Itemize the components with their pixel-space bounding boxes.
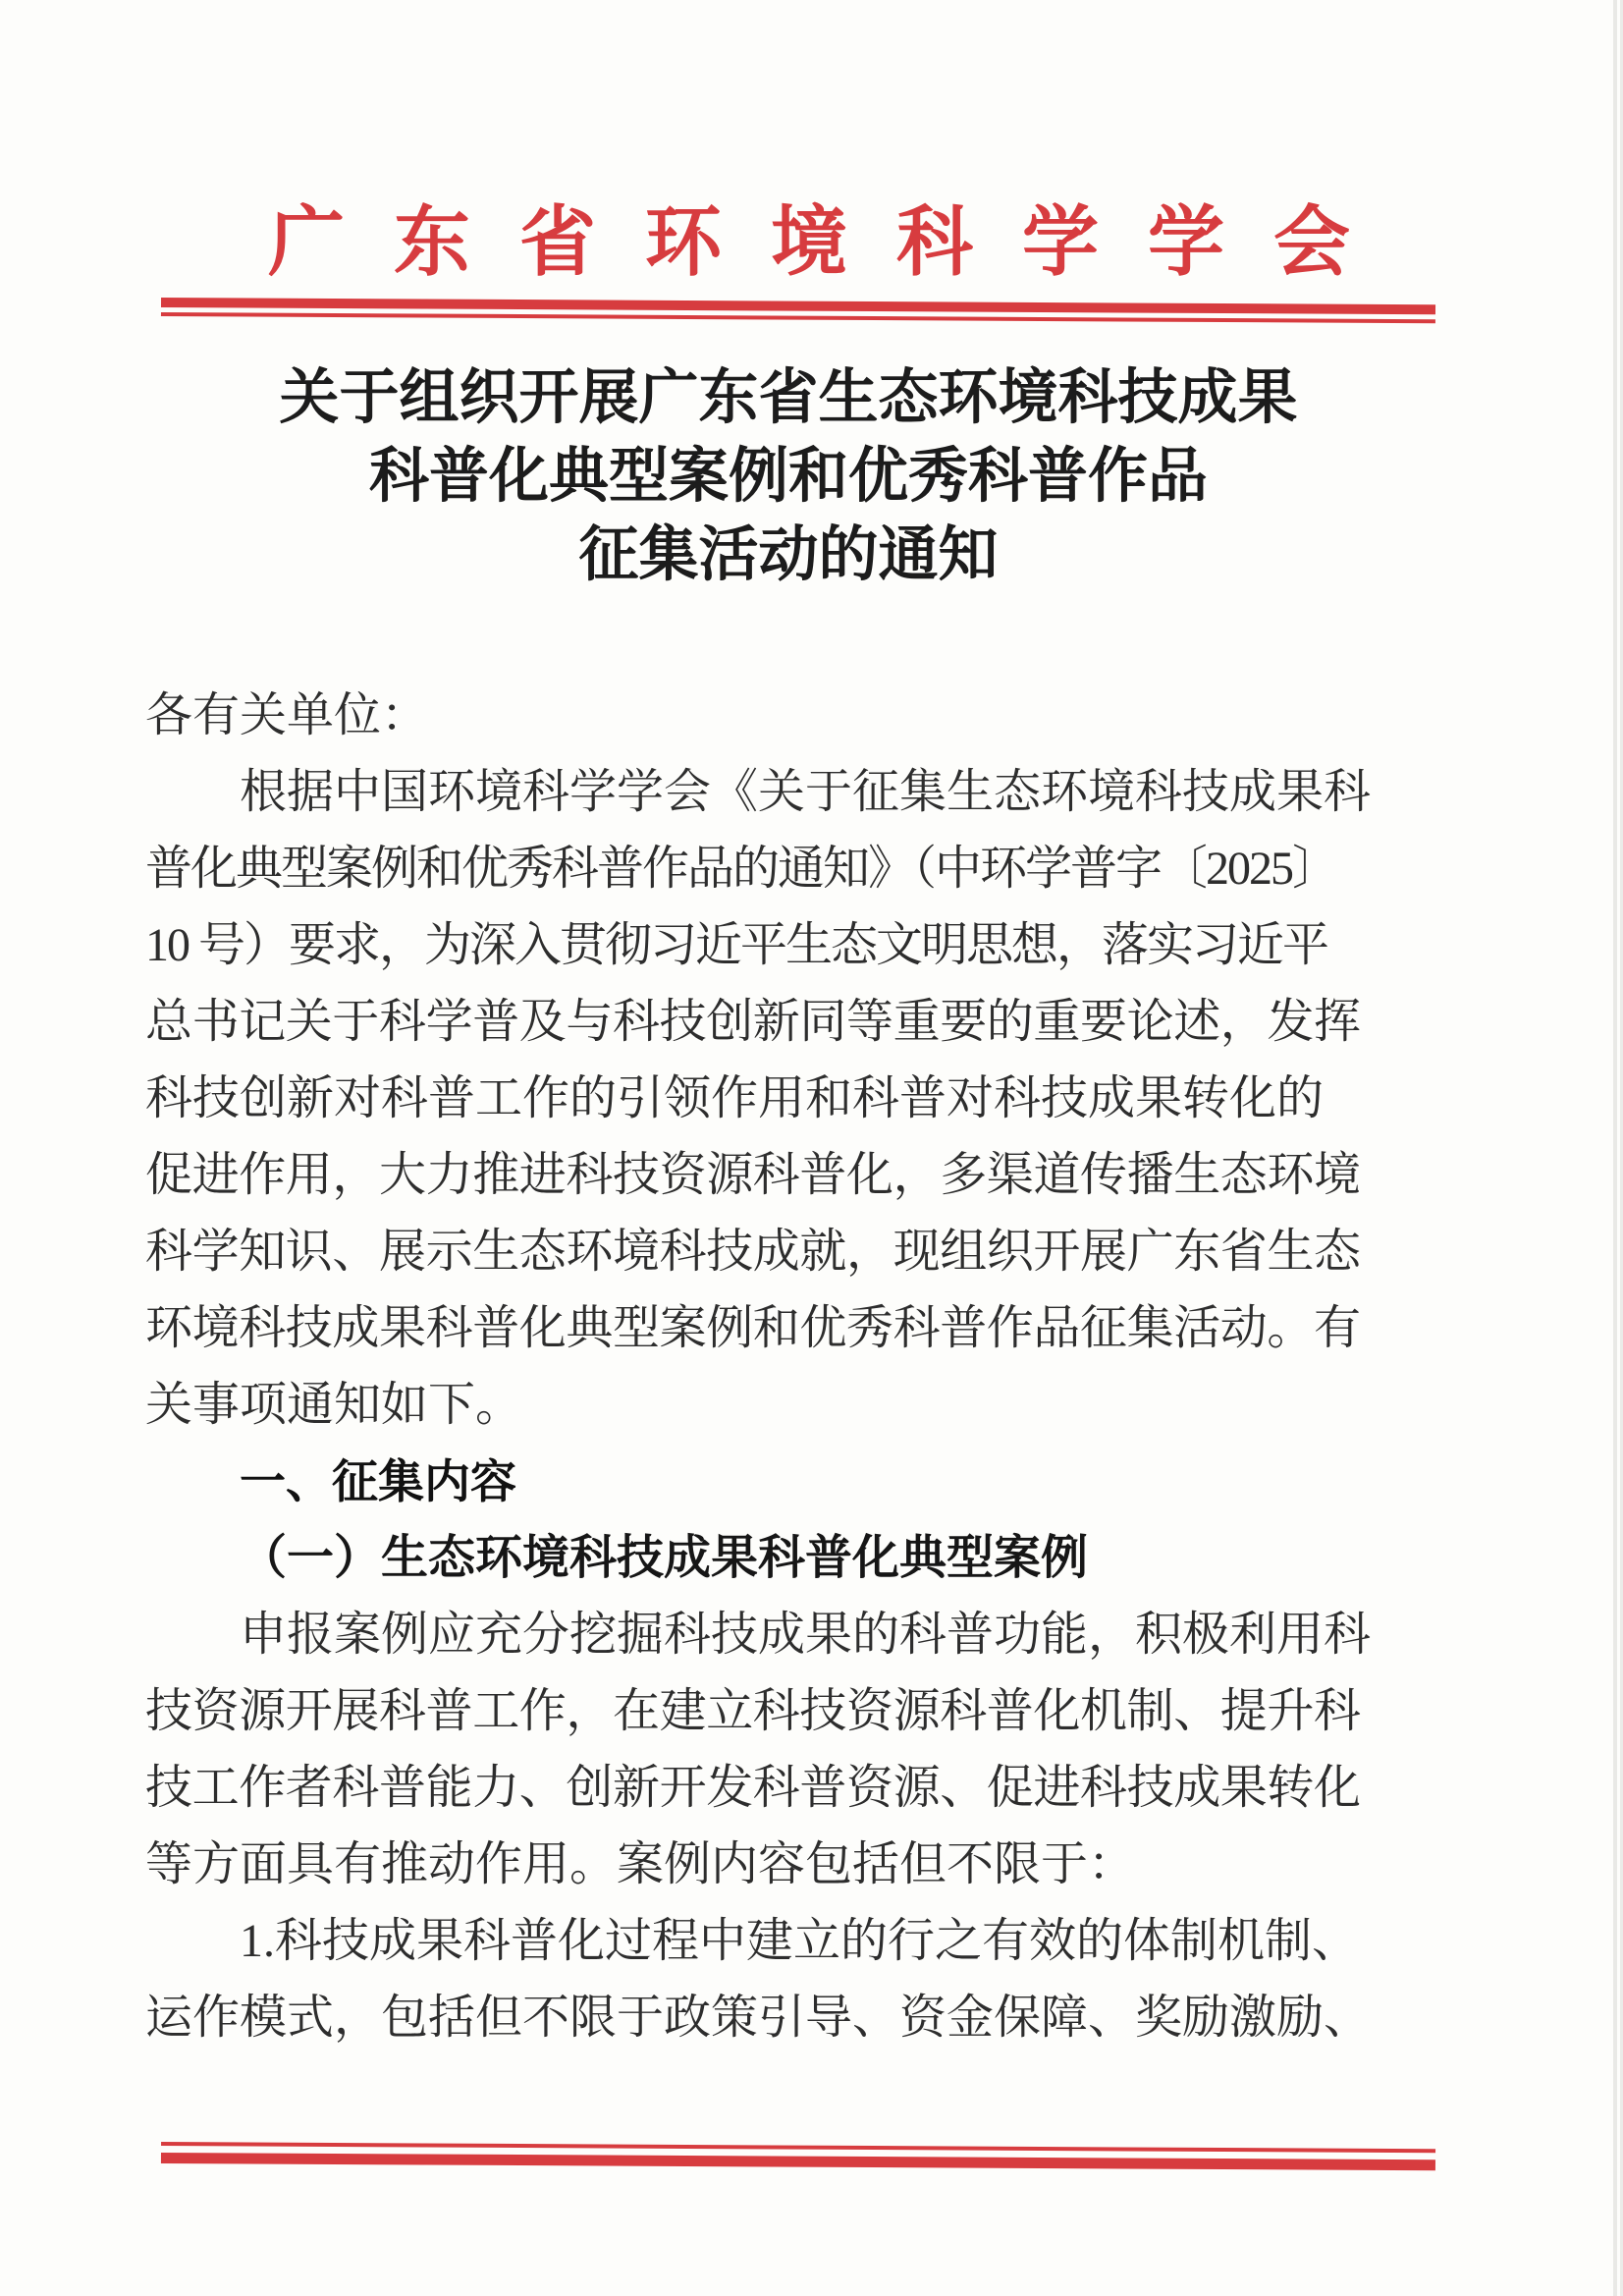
- body-line: 普化典型案例和优秀科普作品的通知》（中环学普字〔2025〕: [145, 831, 1363, 907]
- section-heading: 一、征集内容: [145, 1444, 1363, 1520]
- body-line: 科学知识、展示生态环境科技成就，现组织开展广东省生态: [145, 1214, 1363, 1290]
- header-double-rule: [161, 298, 1435, 323]
- footer-double-rule: [161, 2142, 1435, 2170]
- document-page: 广东省环境科学学会 关于组织开展广东省生态环境科技成果 科普化典型案例和优秀科普…: [0, 0, 1623, 2296]
- body-line: 技工作者科普能力、创新开发科普资源、促进科技成果转化: [145, 1750, 1363, 1827]
- body-line: 运作模式，包括但不限于政策引导、资金保障、奖励激励、: [145, 1980, 1363, 2056]
- body-line: 申报案例应充分挖掘科技成果的科普功能，积极利用科: [145, 1597, 1363, 1673]
- body-line: 科技创新对科普工作的引领作用和科普对科技成果转化的: [145, 1061, 1363, 1137]
- body-line: 技资源开展科普工作，在建立科技资源科普化机制、提升科: [145, 1673, 1363, 1750]
- scan-edge-artifact: [1613, 0, 1617, 2296]
- body-line: 10 号）要求，为深入贯彻习近平生态文明思想，落实习近平: [145, 907, 1363, 984]
- title-line: 关于组织开展广东省生态环境科技成果: [145, 359, 1432, 438]
- salutation-line: 各有关单位：: [145, 678, 1363, 754]
- body-line: 关事项通知如下。: [145, 1367, 1363, 1444]
- document-title: 关于组织开展广东省生态环境科技成果 科普化典型案例和优秀科普作品 征集活动的通知: [145, 359, 1432, 595]
- subsection-heading: （一）生态环境科技成果科普化典型案例: [145, 1520, 1363, 1597]
- title-line: 征集活动的通知: [145, 517, 1432, 595]
- org-name: 广东省环境科学学会: [268, 198, 1399, 287]
- body-line: 根据中国环境科学学会《关于征集生态环境科技成果科: [145, 754, 1363, 831]
- document-body: 各有关单位： 根据中国环境科学学会《关于征集生态环境科技成果科 普化典型案例和优…: [145, 678, 1363, 2056]
- body-line: 1.科技成果科普化过程中建立的行之有效的体制机制、: [145, 1903, 1363, 1980]
- body-line: 等方面具有推动作用。案例内容包括但不限于：: [145, 1827, 1363, 1903]
- body-line: 促进作用，大力推进科技资源科普化，多渠道传播生态环境: [145, 1137, 1363, 1214]
- body-line: 总书记关于科学普及与科技创新同等重要的重要论述，发挥: [145, 984, 1363, 1061]
- title-line: 科普化典型案例和优秀科普作品: [145, 438, 1432, 517]
- body-line: 环境科技成果科普化典型案例和优秀科普作品征集活动。有: [145, 1290, 1363, 1367]
